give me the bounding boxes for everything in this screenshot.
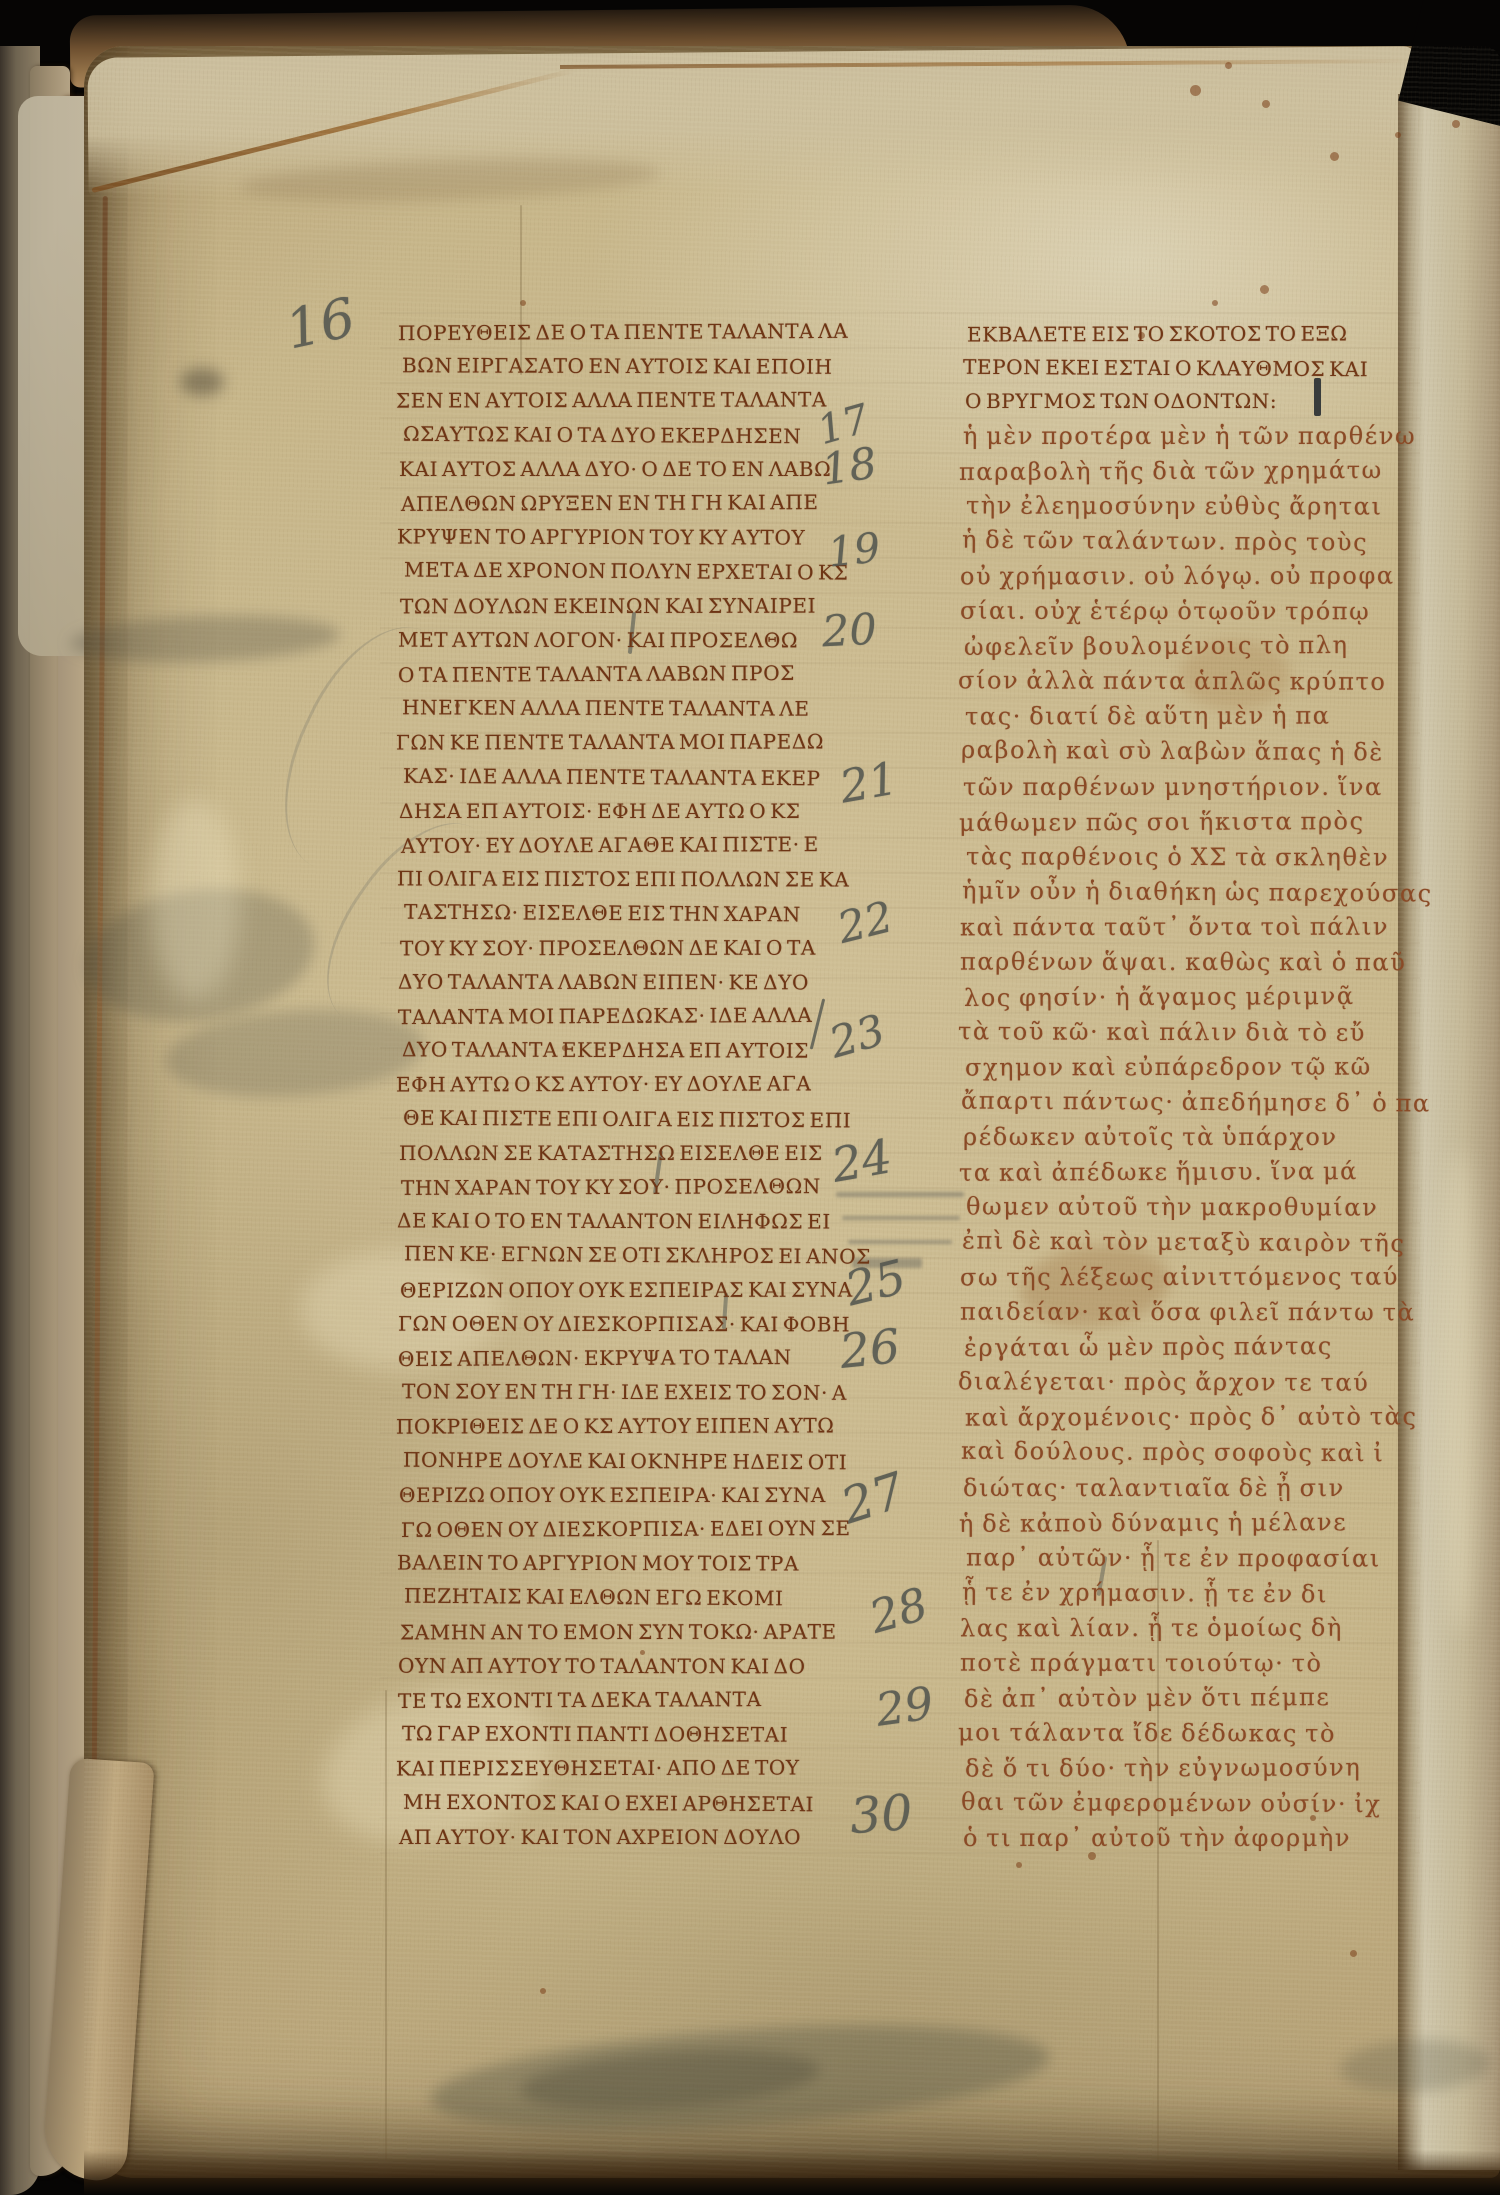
verse-number: 16 [280,286,360,362]
verse-number: 23 [824,1005,890,1068]
verse-number: 20 [821,605,878,658]
bottom-page-rim [84,2150,1500,2195]
verse-number: 22 [833,892,898,954]
verse-number: 25 [840,1250,911,1318]
verse-numbers: 161718192021222324252627282930 [0,0,1500,2195]
verse-number: 26 [837,1319,902,1380]
manuscript-photograph: ΠΟΡΕΥΘΕΙΣ ΔΕ Ο ΤΑ ΠΕΝΤΕ ΤΑΛΑΝΤΑ ΛΑΒΩΝ ΕΙ… [0,0,1500,2195]
verse-number: 24 [828,1129,896,1194]
verse-number: 29 [873,1676,937,1736]
verse-number: 27 [835,1462,912,1535]
verse-number: 28 [864,1577,934,1644]
verse-number: 19 [826,523,883,576]
pencil-slash [810,998,825,1049]
verse-number: 18 [819,438,880,495]
verse-number: 30 [848,1784,914,1845]
verse-number: 21 [836,751,902,813]
